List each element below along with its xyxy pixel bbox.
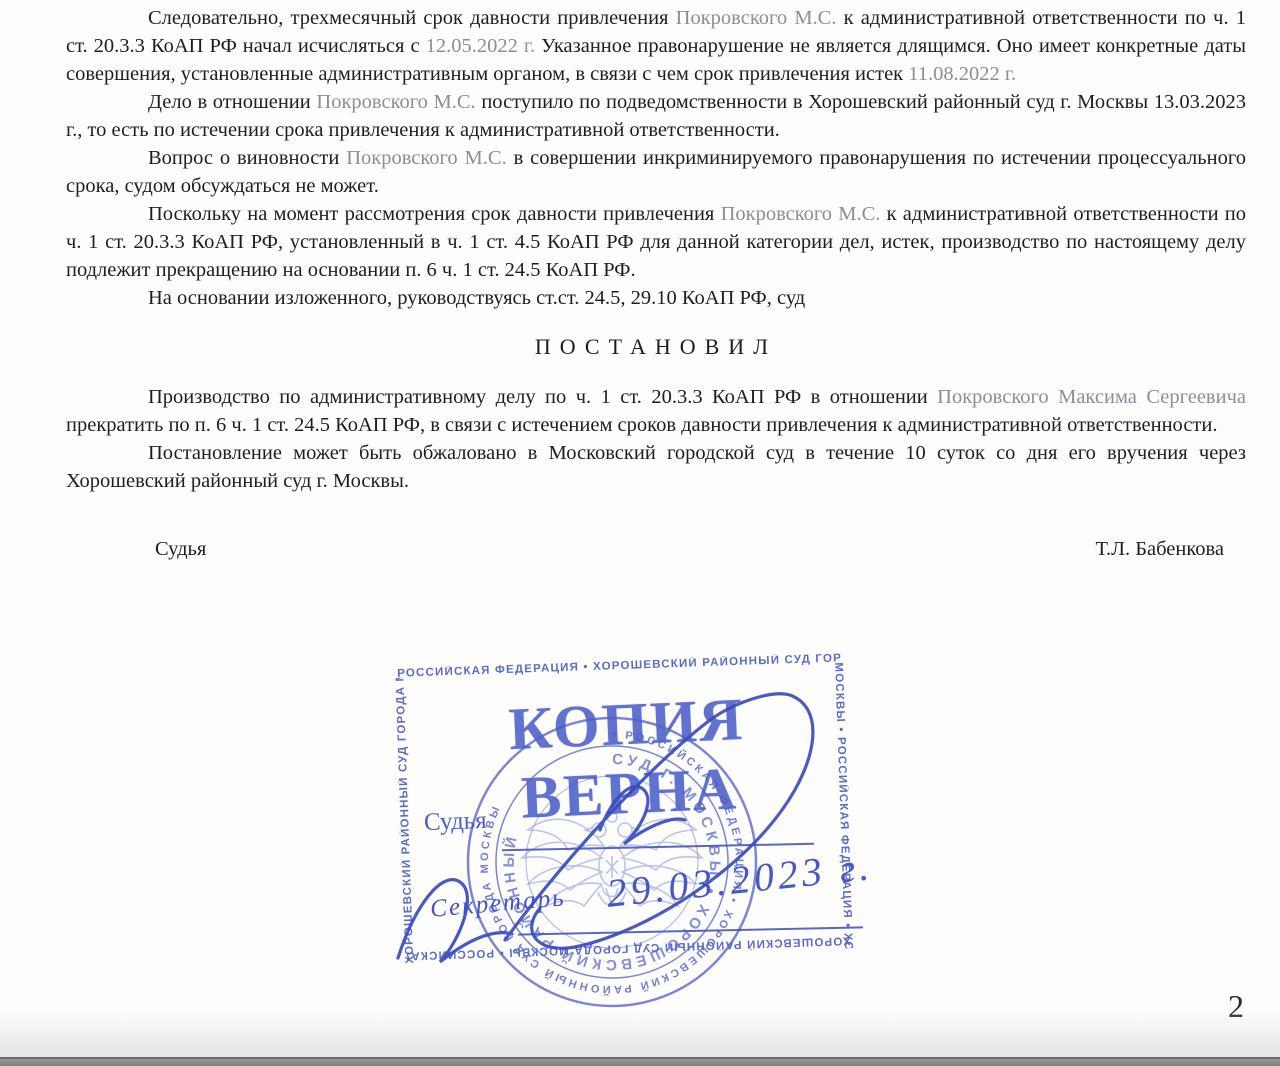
paragraph: Поскольку на момент рассмотрения срок да… bbox=[66, 200, 1246, 284]
scan-shadow-fade bbox=[0, 1012, 1280, 1059]
paragraph: Постановление может быть обжаловано в Мо… bbox=[66, 439, 1246, 495]
body-text: Постановление может быть обжаловано в Мо… bbox=[66, 442, 1246, 492]
judge-label: Судья bbox=[155, 535, 206, 563]
redacted-name: Покровского Максима Сергеевича bbox=[937, 386, 1246, 408]
stamp-judge-signature-line bbox=[502, 843, 814, 852]
faded-date: 11.08.2022 г. bbox=[908, 63, 1016, 85]
stamp-border-text-left: ХОРОШЕВСКИЙ РАЙОННЫЙ СУД ГОРОДА МОСКВЫ • bbox=[394, 678, 416, 964]
faded-date: 12.05.2022 г. bbox=[426, 35, 536, 57]
signature-row: Судья Т.Л. Бабенкова bbox=[66, 535, 1246, 563]
redacted-name: Покровского М.С. bbox=[676, 7, 837, 29]
scanned-court-document-page: Следовательно, трехмесячный срок давност… bbox=[0, 0, 1280, 1066]
redacted-name: Покровского М.С. bbox=[721, 203, 881, 225]
paragraph: Дело в отношении Покровского М.С. поступ… bbox=[66, 88, 1246, 144]
paragraph: Вопрос о виновности Покровского М.С. в с… bbox=[66, 144, 1246, 200]
stamp-secretary-signature-line bbox=[518, 926, 863, 935]
judge-signature-loop bbox=[600, 786, 685, 844]
paragraph: На основании изложенного, руководствуясь… bbox=[66, 284, 1246, 312]
body-text: Производство по административному делу п… bbox=[148, 386, 937, 408]
body-text: Вопрос о виновности bbox=[148, 147, 346, 169]
paragraph: Следовательно, трехмесячный срок давност… bbox=[66, 4, 1246, 88]
handwritten-date: 29.03.2023 г. bbox=[604, 842, 875, 917]
stamp-border-text-bottom: ХОРОШЕВСКИЙ РАЙОННЫЙ СУД ГОРОДА МОСКВЫ •… bbox=[407, 934, 851, 961]
body-text: Следовательно, трехмесячный срок давност… bbox=[148, 7, 676, 29]
document-body: Следовательно, трехмесячный срок давност… bbox=[66, 4, 1246, 563]
body-text: Дело в отношении bbox=[148, 91, 316, 113]
stamp-border-text-right: МОСКВЫ • РОССИЙСКАЯ ФЕДЕРАЦИЯ • ХОРОШЕВС… bbox=[832, 662, 854, 948]
stamp-border-text-top: РОССИЙСКАЯ ФЕДЕРАЦИЯ • ХОРОШЕВСКИЙ РАЙОН… bbox=[397, 652, 841, 679]
scan-edge-strip bbox=[0, 1057, 1280, 1066]
resolution-heading: ПОСТАНОВИЛ bbox=[66, 333, 1246, 361]
stamp-judge-label: Судья bbox=[424, 807, 488, 837]
body-text: На основании изложенного, руководствуясь… bbox=[148, 287, 805, 309]
body-text: Поскольку на момент рассмотрения срок да… bbox=[148, 203, 721, 225]
stamp-secretary-label: Секретарь bbox=[429, 884, 567, 924]
body-text: прекратить по п. 6 ч. 1 ст. 24.5 КоАП РФ… bbox=[66, 414, 1217, 436]
redacted-name: Покровского М.С. bbox=[346, 147, 507, 169]
judge-name: Т.Л. Бабенкова bbox=[1095, 535, 1224, 563]
paragraph: Производство по административному делу п… bbox=[66, 383, 1246, 439]
redacted-name: Покровского М.С. bbox=[316, 91, 475, 113]
